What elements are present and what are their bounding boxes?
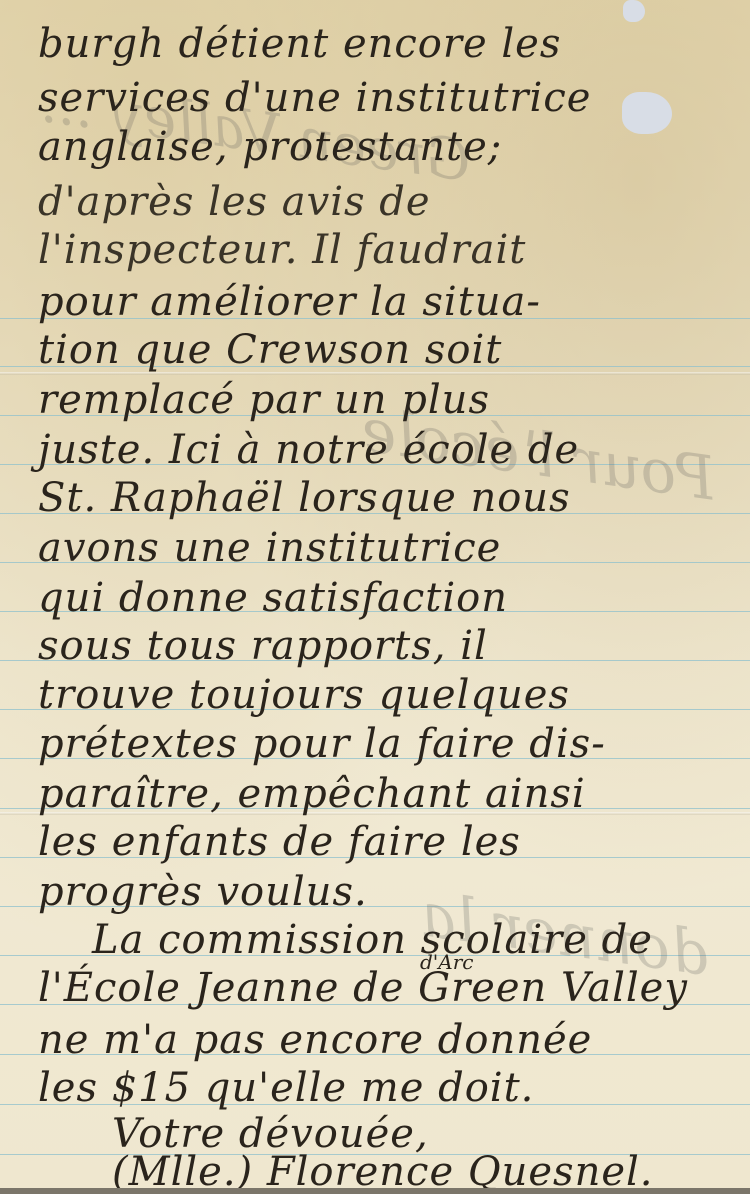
letter-line: sous tous rapports, il [38, 624, 488, 668]
letter-line: les enfants de faire les [38, 820, 521, 864]
paper-tear [622, 92, 672, 134]
letter-page: Green Valley ... Pour l'école donner la … [0, 0, 750, 1194]
letter-line: pour améliorer la situa- [38, 280, 541, 324]
letter-line: progrès voulus. [38, 870, 368, 914]
letter-line: burgh détient encore les [38, 22, 561, 66]
page-edge [0, 1188, 750, 1194]
letter-line: l'inspecteur. Il faudrait [38, 228, 526, 272]
letter-line: juste. Ici à notre école de [38, 428, 579, 472]
letter-line: ne m'a pas encore donnée [38, 1018, 592, 1062]
letter-line: St. Raphaël lorsque nous [38, 476, 571, 520]
letter-line: services d'une institutrice [38, 76, 591, 120]
letter-line: avons une institutrice [38, 526, 501, 570]
letter-line: l'École Jeanne de Green Valley [38, 966, 688, 1010]
letter-line: paraître, empêchant ainsi [38, 772, 586, 816]
paper-tear [623, 0, 645, 22]
letter-line: prétextes pour la faire dis- [38, 722, 606, 766]
letter-line: remplacé par un plus [38, 378, 490, 422]
letter-line: d'après les avis de [38, 180, 431, 224]
letter-line: les $15 qu'elle me doit. [38, 1066, 534, 1110]
letter-line: qui donne satisfaction [38, 576, 508, 620]
letter-line: anglaise, protestante; [38, 125, 502, 169]
letter-line: trouve toujours quelques [38, 673, 570, 717]
letter-line: La commission scolaire de [92, 918, 653, 962]
letter-line: tion que Crewson soit [38, 328, 502, 372]
